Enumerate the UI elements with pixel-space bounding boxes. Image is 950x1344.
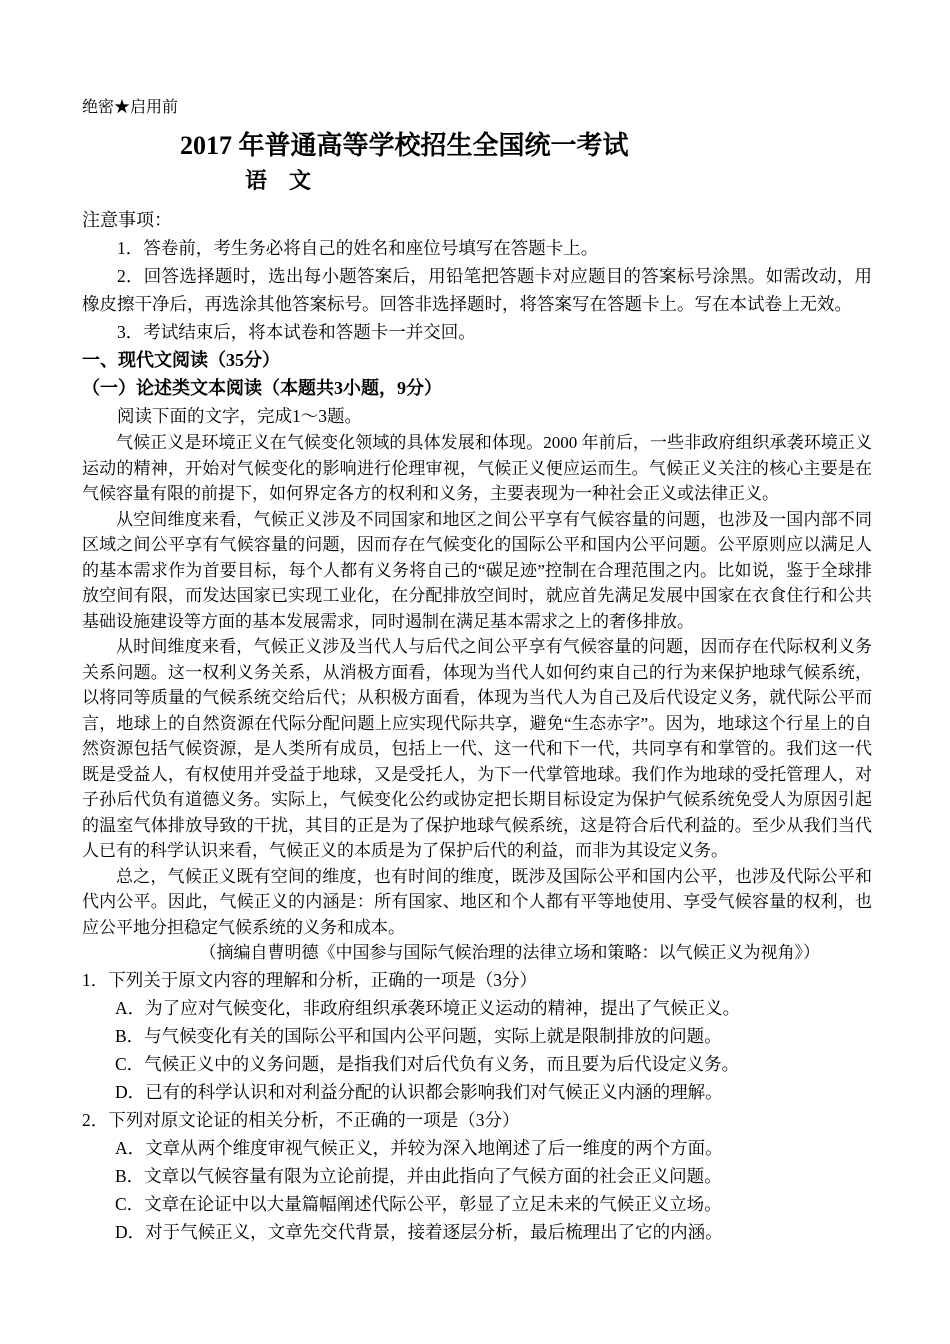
page-title: 2017 年普通高等学校招生全国统一考试 [180, 129, 872, 163]
question-1-option-b: B．与气候变化有关的国际公平和国内公平问题，实际上就是限制排放的问题。 [115, 1022, 872, 1050]
question-1-option-a: A．为了应对气候变化，非政府组织承袭环境正义运动的精神，提出了气候正义。 [115, 994, 872, 1022]
question-1-option-c: C．气候正义中的义务问题，是指我们对后代负有义务，而且要为后代设定义务。 [115, 1050, 872, 1078]
section-heading-modern-reading: 一、现代文阅读（35分） [82, 346, 872, 374]
passage-attribution: （摘编自曹明德《中国参与国际气候治理的法律立场和策略：以气候正义为视角》） [82, 940, 872, 966]
notice-item-3: 3．考试结束后，将本试卷和答题卡一并交回。 [82, 318, 872, 346]
passage-paragraph-3: 从时间维度来看，气候正义涉及当代人与后代之间公平享有气候容量的问题，因而存在代际… [82, 634, 872, 864]
reading-passage: 气候正义是环境正义在气候变化领域的具体发展和体现。2000 年前后，一些非政府组… [82, 430, 872, 966]
notice-item-2: 2．回答选择题时，选出每小题答案后，用铅笔把答题卡对应题目的答案标号涂黑。如需改… [82, 262, 872, 318]
subject-title: 语 文 [245, 166, 872, 196]
question-1-option-d: D．已有的科学认识和对利益分配的认识都会影响我们对气候正义内涵的理解。 [115, 1078, 872, 1106]
exam-paper-page: 绝密★启用前 2017 年普通高等学校招生全国统一考试 语 文 注意事项： 1．… [0, 0, 950, 1344]
notice-item-1: 1．答卷前，考生务必将自己的姓名和座位号填写在答题卡上。 [82, 234, 872, 262]
notice-heading: 注意事项： [82, 206, 872, 234]
reading-instruction: 阅读下面的文字，完成1～3题。 [82, 402, 872, 430]
subsection-heading-argumentative-text: （一）论述类文本阅读（本题共3小题，9分） [82, 374, 872, 402]
question-1-stem: 1．下列关于原文内容的理解和分析，正确的一项是（3分） [82, 966, 872, 994]
passage-paragraph-4: 总之，气候正义既有空间的维度，也有时间的维度，既涉及国际公平和国内公平，也涉及代… [82, 864, 872, 941]
notice-section: 注意事项： 1．答卷前，考生务必将自己的姓名和座位号填写在答题卡上。 2．回答选… [82, 206, 872, 346]
passage-paragraph-2: 从空间维度来看，气候正义涉及不同国家和地区之间公平享有气候容量的问题，也涉及一国… [82, 507, 872, 635]
question-1: 1．下列关于原文内容的理解和分析，正确的一项是（3分） A．为了应对气候变化，非… [82, 966, 872, 1106]
classification-label: 绝密★启用前 [82, 97, 872, 119]
question-2-option-d: D．对于气候正义，文章先交代背景，接着逐层分析，最后梳理出了它的内涵。 [115, 1218, 872, 1246]
question-2-option-a: A．文章从两个维度审视气候正义，并较为深入地阐述了后一维度的两个方面。 [115, 1134, 872, 1162]
question-2-stem: 2．下列对原文论证的相关分析，不正确的一项是（3分） [82, 1106, 872, 1134]
question-2-option-c: C．文章在论证中以大量篇幅阐述代际公平，彰显了立足未来的气候正义立场。 [115, 1190, 872, 1218]
passage-paragraph-1: 气候正义是环境正义在气候变化领域的具体发展和体现。2000 年前后，一些非政府组… [82, 430, 872, 507]
question-2: 2．下列对原文论证的相关分析，不正确的一项是（3分） A．文章从两个维度审视气候… [82, 1106, 872, 1246]
question-2-option-b: B．文章以气候容量有限为立论前提，并由此指向了气候方面的社会正义问题。 [115, 1162, 872, 1190]
